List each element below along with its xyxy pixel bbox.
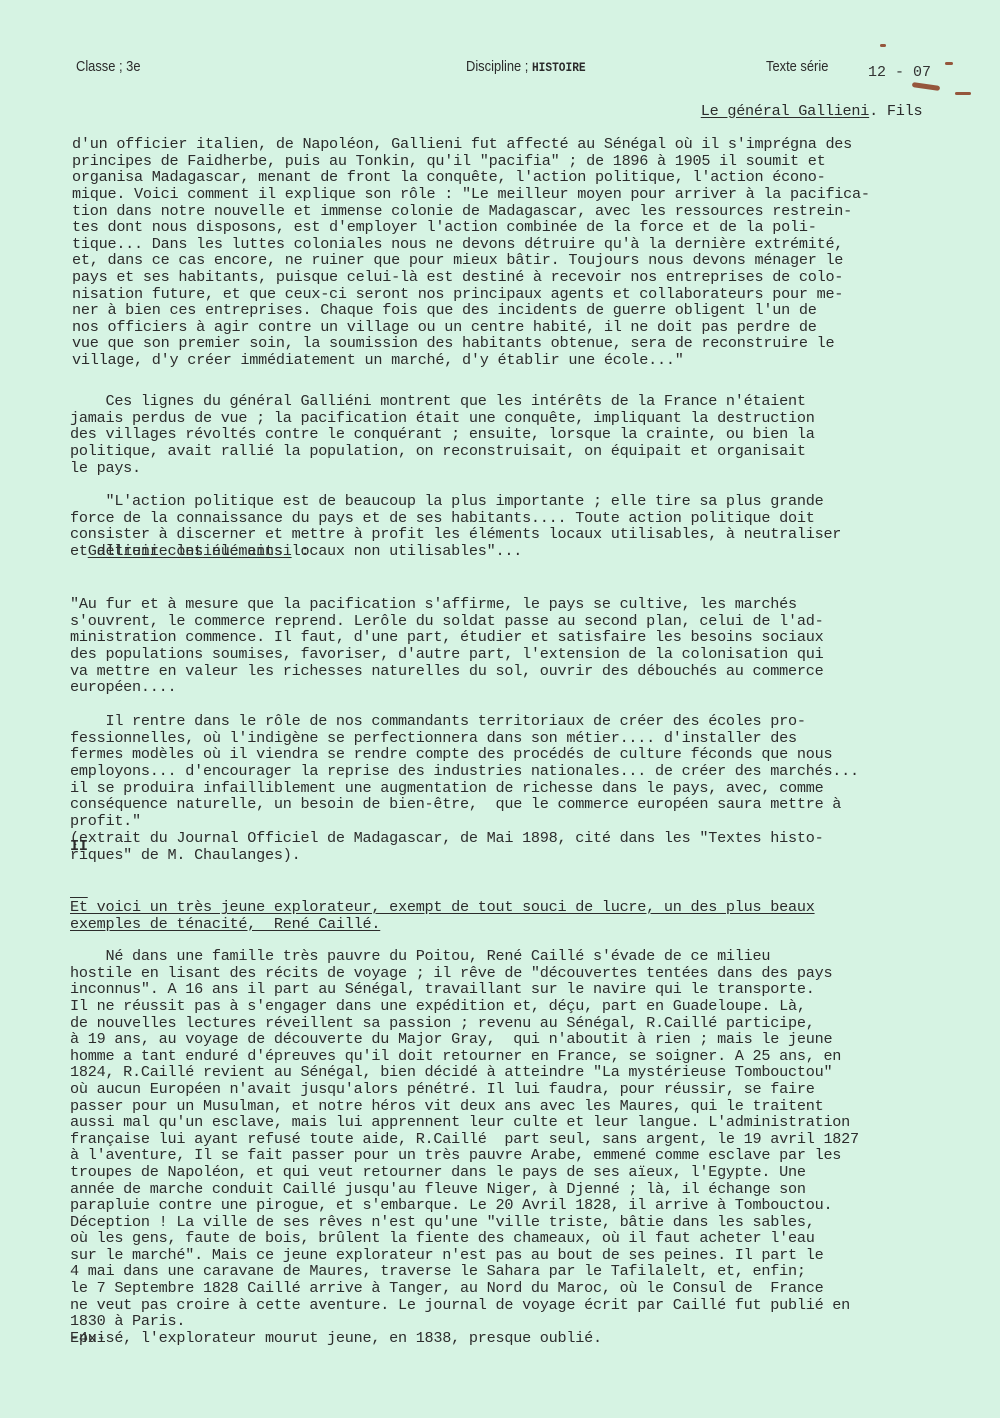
text-line: Il rentre dans le rôle de nos commandant… bbox=[70, 713, 990, 730]
text-line: nos officiers à agir contre un village o… bbox=[72, 319, 992, 336]
heading-line: Et voici un très jeune explorateur, exem… bbox=[70, 899, 990, 916]
text-line: "L'action politique est de beaucoup la p… bbox=[70, 493, 990, 510]
text-line: et, dans ce cas encore, ne ruiner que po… bbox=[72, 252, 992, 269]
continue-heading-line: Gallieni continue ainsi : bbox=[70, 526, 990, 559]
text-line: s'ouvrent, le commerce reprend. Lerôle d… bbox=[70, 613, 990, 630]
text-line: jamais perdus de vue ; la pacification é… bbox=[70, 410, 990, 427]
text-line: Ces lignes du général Galliéni montrent … bbox=[70, 393, 990, 410]
series-label: Texte série bbox=[766, 58, 828, 75]
discipline-label: Discipline ; HISTOIRE bbox=[466, 58, 586, 75]
text-line: à 19 ans, au voyage de découverte du Maj… bbox=[70, 1031, 990, 1048]
text-line: des villages révoltés contre le conquéra… bbox=[70, 426, 990, 443]
text-line: ministration commence. Il faut, d'une pa… bbox=[70, 629, 990, 646]
text-line: Il ne réussit pas à s'engager dans une e… bbox=[70, 998, 990, 1015]
text-line: inconnus". A 16 ans il part au Sénégal, … bbox=[70, 981, 990, 998]
text-line: vue que son premier soin, la soumission … bbox=[72, 335, 992, 352]
text-line: va mettre en valeur les richesses nature… bbox=[70, 663, 990, 680]
text-line: où les gens, faute de bois, brûlent la f… bbox=[70, 1230, 990, 1247]
text-line: 4 mai dans une caravane de Maures, trave… bbox=[70, 1263, 990, 1280]
text-line: mique. Voici comment il explique son rôl… bbox=[72, 186, 992, 203]
class-label: Classe ; 3e bbox=[76, 58, 141, 75]
text-line: principes de Faidherbe, puis au Tonkin, … bbox=[72, 153, 992, 170]
text-line: troupes de Napoléon, et qui veut retourn… bbox=[70, 1164, 990, 1181]
continue-heading-tail: : bbox=[292, 542, 310, 560]
text-line: "Au fur et à mesure que la pacification … bbox=[70, 596, 990, 613]
text-line: politique, avait rallié la population, o… bbox=[70, 443, 990, 460]
text-line: tique... Dans les luttes coloniales nous… bbox=[72, 236, 992, 253]
text-line: aussi mal qu'un esclave, mais lui appren… bbox=[70, 1114, 990, 1131]
text-line: d'un officier italien, de Napoléon, Gall… bbox=[72, 136, 992, 153]
stain-mark bbox=[945, 62, 953, 65]
text-line: fessionnelles, où l'indigène se perfecti… bbox=[70, 730, 990, 747]
series-number: 12 - 07 bbox=[868, 64, 931, 81]
caille-paragraph: Né dans une famille très pauvre du Poito… bbox=[70, 915, 990, 1363]
text-line: 1824, R.Caillé revient au Sénégal, bien … bbox=[70, 1064, 990, 1081]
discipline-value: HISTOIRE bbox=[532, 60, 586, 75]
continue-heading: Gallieni continue ainsi bbox=[88, 542, 292, 560]
discipline-prefix: Discipline ; bbox=[466, 58, 528, 75]
text-line: le 7 Septembre 1828 Caillé arrive à Tang… bbox=[70, 1280, 990, 1297]
text-line: parapluie contre une pirogue, et s'embar… bbox=[70, 1197, 990, 1214]
intro-lines: d'un officier italien, de Napoléon, Gall… bbox=[72, 136, 992, 368]
text-line: employons... d'encourager la reprise des… bbox=[70, 763, 990, 780]
text-line: des populations soumises, favoriser, d'a… bbox=[70, 646, 990, 663]
text-line: ne veut pas croire à cette aventure. Le … bbox=[70, 1297, 990, 1314]
text-line: de nouvelles lectures réveillent sa pass… bbox=[70, 1015, 990, 1032]
text-line: tes dont nous disposons, est d'employer … bbox=[72, 219, 992, 236]
text-line: ner à bien ces entreprises. Chaque fois … bbox=[72, 302, 992, 319]
text-line: 1830 à Paris. bbox=[70, 1313, 990, 1330]
text-line: pays et ses habitants, puisque celui-là … bbox=[72, 269, 992, 286]
stain-mark bbox=[880, 44, 886, 47]
text-line: où aucun Européen n'avait jusqu'alors pé… bbox=[70, 1081, 990, 1098]
text-line: sur le marché". Mais ce jeune explorateu… bbox=[70, 1247, 990, 1264]
text-line: Déception ! La ville de ses rêves n'est … bbox=[70, 1214, 990, 1231]
text-line: passer pour un Musulman, et notre héros … bbox=[70, 1098, 990, 1115]
text-line: Né dans une famille très pauvre du Poito… bbox=[70, 948, 990, 965]
text-line: tion dans notre nouvelle et immense colo… bbox=[72, 203, 992, 220]
text-line: hostile en lisant des récits de voyage ;… bbox=[70, 965, 990, 982]
text-line: année de marche conduit Caillé jusqu'au … bbox=[70, 1181, 990, 1198]
text-line: fermes modèles où il viendra se rendre c… bbox=[70, 746, 990, 763]
text-line: française lui ayant refusé toute aide, R… bbox=[70, 1131, 990, 1148]
caille-lines: Né dans une famille très pauvre du Poito… bbox=[70, 948, 990, 1346]
text-line: il se produira infailliblement une augme… bbox=[70, 780, 990, 797]
text-line: homme a tant enduré d'épreuves qu'il doi… bbox=[70, 1048, 990, 1065]
text-line: à l'aventure, Il se fait passer pour un … bbox=[70, 1147, 990, 1164]
text-line: force de la connaissance du pays et de s… bbox=[70, 510, 990, 527]
section-2-numeral: II bbox=[70, 838, 990, 855]
page-number: -4x- bbox=[70, 1330, 990, 1347]
text-line: nisation future, et que ceux-ci seront n… bbox=[72, 286, 992, 303]
intro-paragraph: d'un officier italien, de Napoléon, Gall… bbox=[72, 103, 992, 385]
text-line: organisa Madagascar, menant de front la … bbox=[72, 169, 992, 186]
